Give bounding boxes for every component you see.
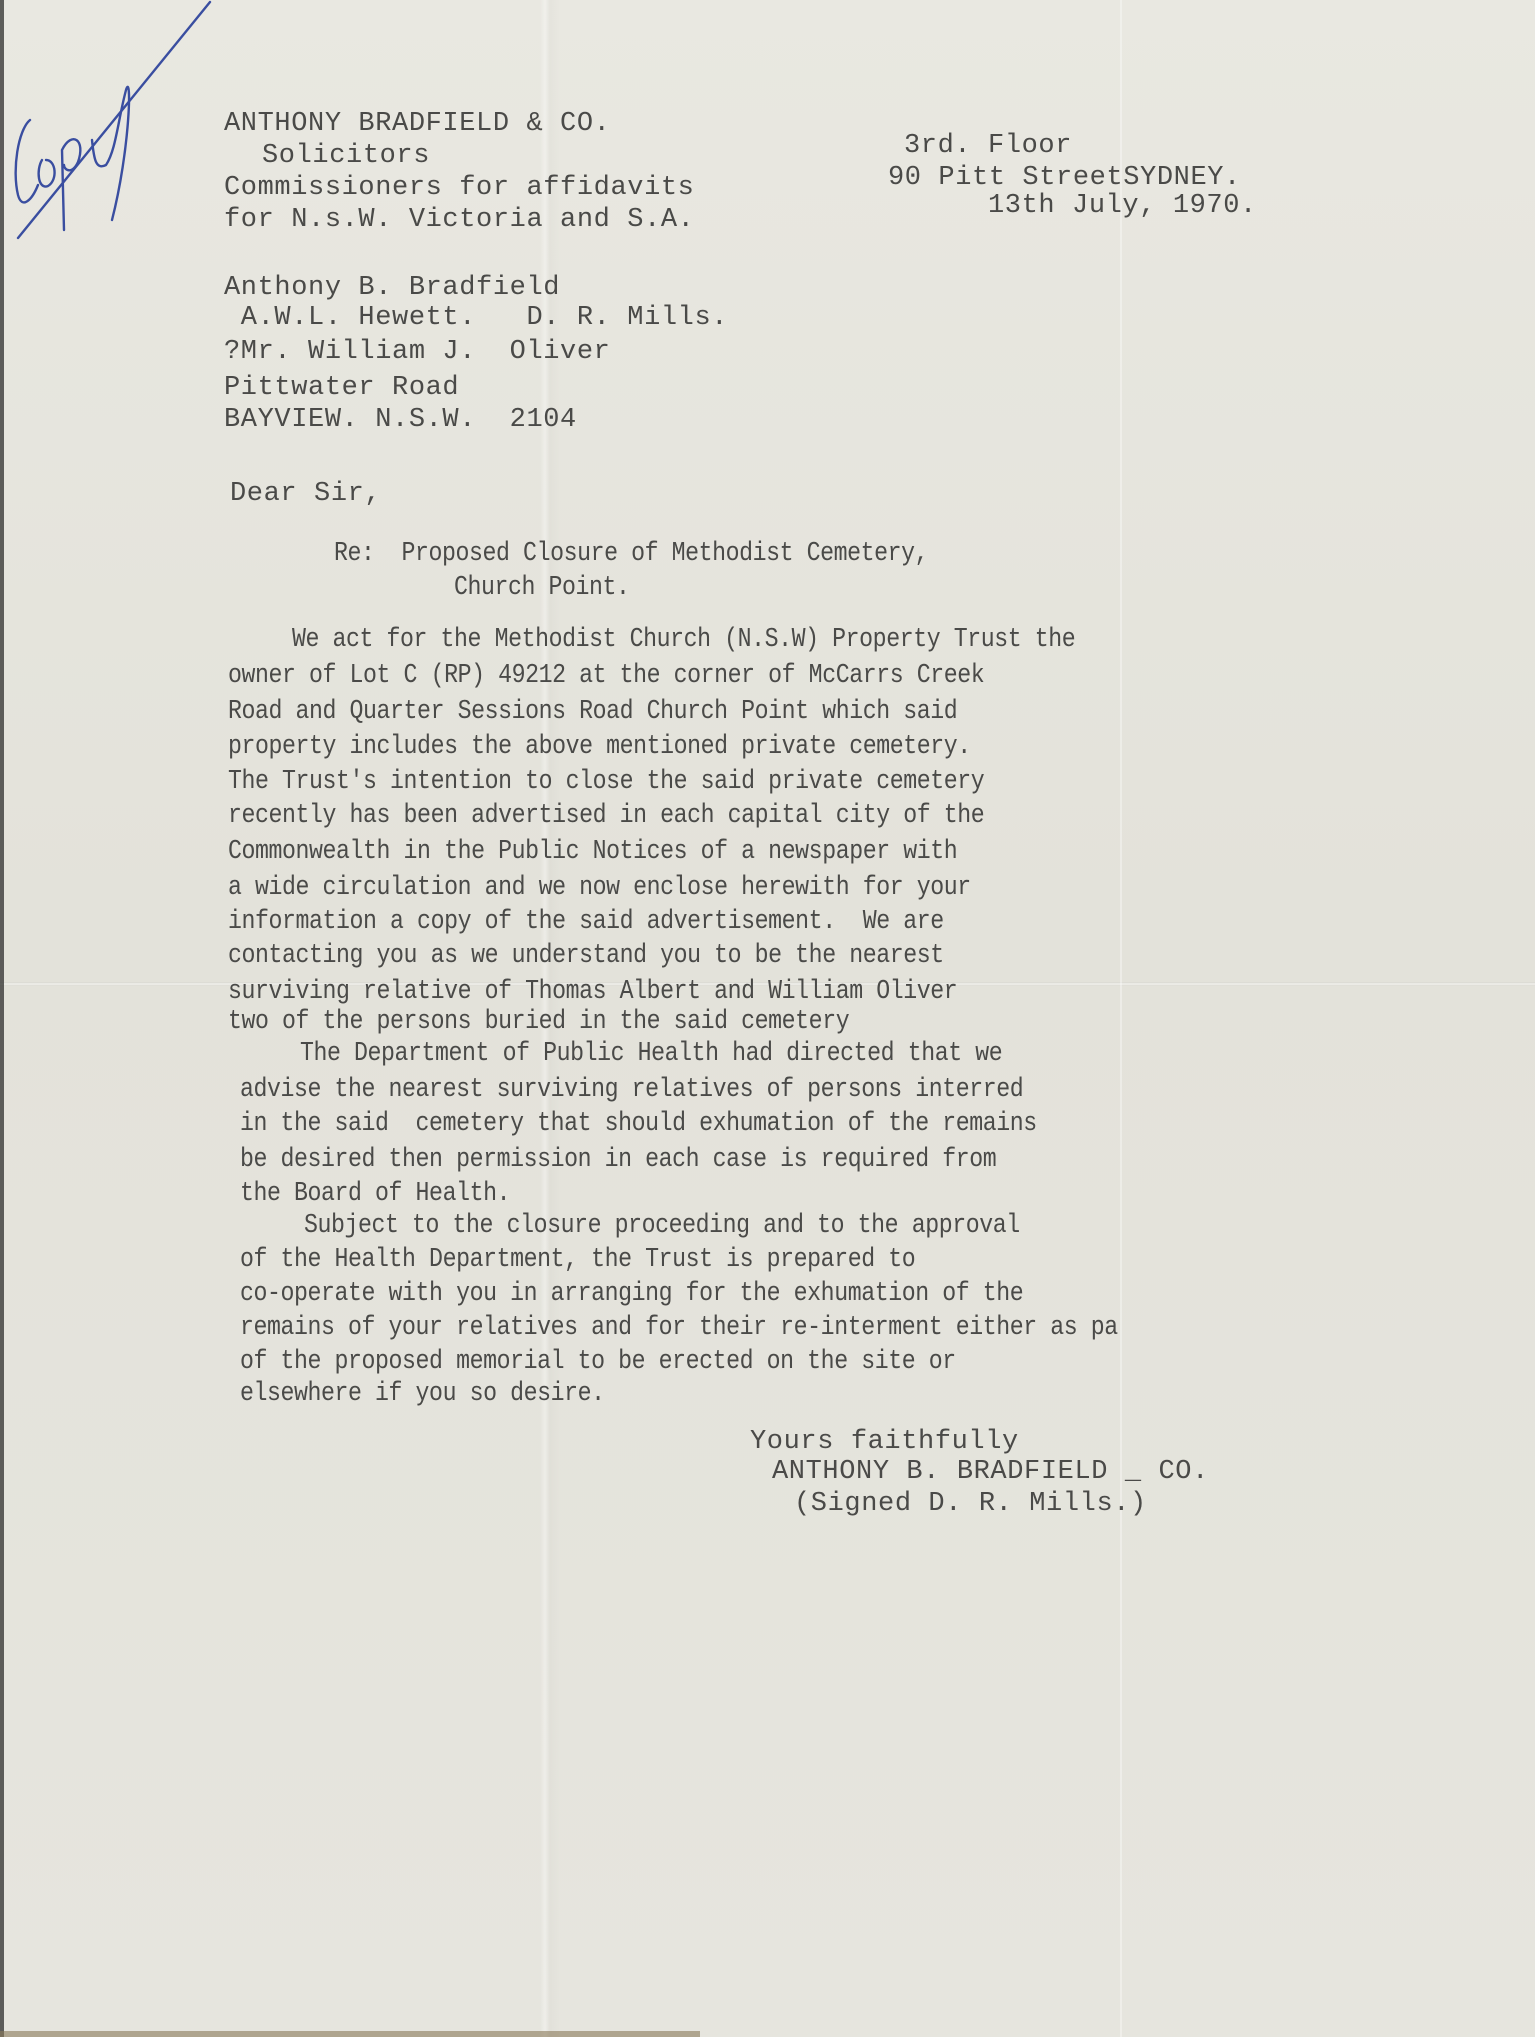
subject-line-2: Church Point. [454,572,630,604]
body-line: of the Health Department, the Trust is p… [240,1244,915,1276]
body-line: contacting you as we understand you to b… [228,940,944,972]
body-line: Commonwealth in the Public Notices of a … [228,836,957,868]
body-line: Subject to the closure proceeding and to… [304,1210,1020,1242]
body-line: The Department of Public Health had dire… [300,1038,1002,1070]
address-floor: 3rd. Floor [904,130,1072,162]
closing-firm: ANTHONY B. BRADFIELD _ CO. [772,1456,1209,1488]
body-line: in the said cemetery that should exhumat… [240,1108,1037,1140]
body-line: elsewhere if you so desire. [240,1378,605,1410]
body-line: surviving relative of Thomas Albert and … [228,976,957,1008]
firm-name: ANTHONY BRADFIELD & CO. [224,108,610,140]
body-line: Road and Quarter Sessions Road Church Po… [228,696,957,728]
handwritten-copy-annotation [0,0,220,250]
body-line: co-operate with you in arranging for the… [240,1278,1023,1310]
recipient-name: ?Mr. William J. Oliver [224,336,610,368]
body-line: owner of Lot C (RP) 49212 at the corner … [228,660,984,692]
body-line: be desired then permission in each case … [240,1144,996,1176]
paper-edge-shadow [0,0,4,2037]
commission-line-2: for N.s.W. Victoria and S.A. [224,204,694,236]
body-line: We act for the Methodist Church (N.S.W) … [292,624,1075,656]
salutation: Dear Sir, [230,478,381,510]
body-line: advise the nearest surviving relatives o… [240,1074,1023,1106]
body-line: property includes the above mentioned pr… [228,731,971,763]
firm-role: Solicitors [262,140,430,172]
paper-bottom-edge [0,2031,700,2037]
body-line: remains of your relatives and for their … [240,1312,1118,1344]
signature-note: (Signed D. R. Mills.) [794,1488,1147,1520]
body-line: two of the persons buried in the said ce… [228,1006,849,1038]
body-line: recently has been advertised in each cap… [228,800,984,832]
body-line: of the proposed memorial to be erected o… [240,1346,956,1378]
partner-line-2: A.W.L. Hewett. D. R. Mills. [224,302,728,334]
valediction: Yours faithfully [750,1426,1019,1458]
body-line: a wide circulation and we now enclose he… [228,872,971,904]
recipient-street: Pittwater Road [224,372,459,404]
partner-line-1: Anthony B. Bradfield [224,272,560,304]
letter-date: 13th July, 1970. [988,190,1257,222]
body-line: The Trust's intention to close the said … [228,766,984,798]
subject-line-1: Re: Proposed Closure of Methodist Cemete… [334,538,928,570]
recipient-locality: BAYVIEW. N.S.W. 2104 [224,404,577,436]
body-line: information a copy of the said advertise… [228,906,944,938]
paper-fold-vertical [1120,0,1122,2037]
commission-line-1: Commissioners for affidavits [224,172,694,204]
body-line: the Board of Health. [240,1178,510,1210]
